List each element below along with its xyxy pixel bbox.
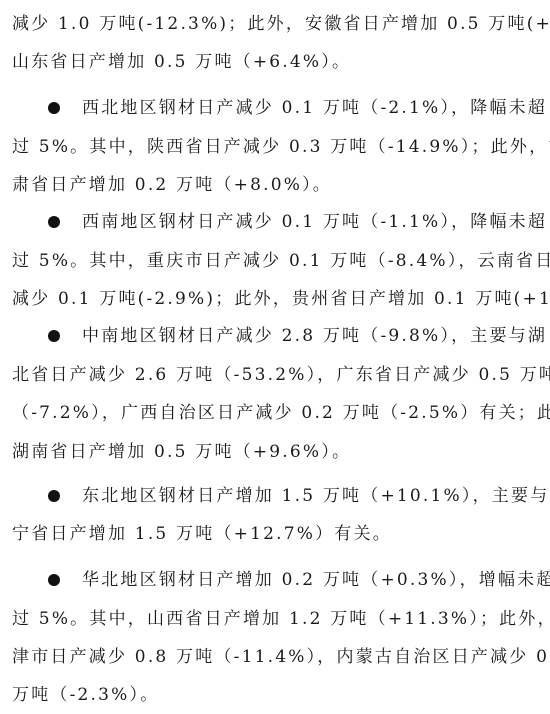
text-line: （-7.2%），广西自治区日产减少 0.2 万吨（-2.5%）有关；此外， [12,401,540,425]
text-line: 华北地区钢材日产增加 0.2 万吨（+0.3%），增幅未超 [82,568,540,592]
text-line: 西北地区钢材日产减少 0.1 万吨（-2.1%），降幅未超 [82,96,540,120]
text-line: 过 5%。其中，山西省日产增加 1.2 万吨（+11.3%）；此外，天 [12,607,540,631]
text-line: 西南地区钢材日产减少 0.1 万吨（-1.1%），降幅未超 [82,210,540,234]
bullet-icon [48,330,60,342]
text-line: 中南地区钢材日产减少 2.8 万吨（-9.8%），主要与湖 [82,324,540,348]
bullet-icon [48,574,60,586]
text-line: 肃省日产增加 0.2 万吨（+8.0%）。 [12,173,540,197]
text-line: 过 5%。其中，陕西省日产减少 0.3 万吨（-14.9%）；此外，甘 [12,135,540,159]
text-line: 减少 1.0 万吨(-12.3%)；此外，安徽省日产增加 0.5 万吨(+8.9… [12,12,540,36]
text-line: 北省日产减少 2.6 万吨（-53.2%），广东省日产减少 0.5 万吨 [12,363,540,387]
text-line: 过 5%。其中，重庆市日产减少 0.1 万吨（-8.4%），云南省日产 [12,249,540,273]
bullet-icon [48,102,60,114]
text-line: 宁省日产增加 1.5 万吨（+12.7%）有关。 [12,522,540,546]
bullet-icon [48,216,60,228]
text-line: 津市日产减少 0.8 万吨（-11.4%），内蒙古自治区日产减少 0.1 [12,645,540,669]
text-line: 万吨（-2.3%）。 [12,683,540,707]
text-line: 山东省日产增加 0.5 万吨（+6.4%）。 [12,50,540,74]
text-line: 湖南省日产增加 0.5 万吨（+9.6%）。 [12,440,540,464]
bullet-icon [48,490,60,502]
text-line: 减少 0.1 万吨(-2.9%)；此外，贵州省日产增加 0.1 万吨(+12.5… [12,287,540,311]
text-line: 东北地区钢材日产增加 1.5 万吨（+10.1%），主要与辽 [82,484,540,508]
